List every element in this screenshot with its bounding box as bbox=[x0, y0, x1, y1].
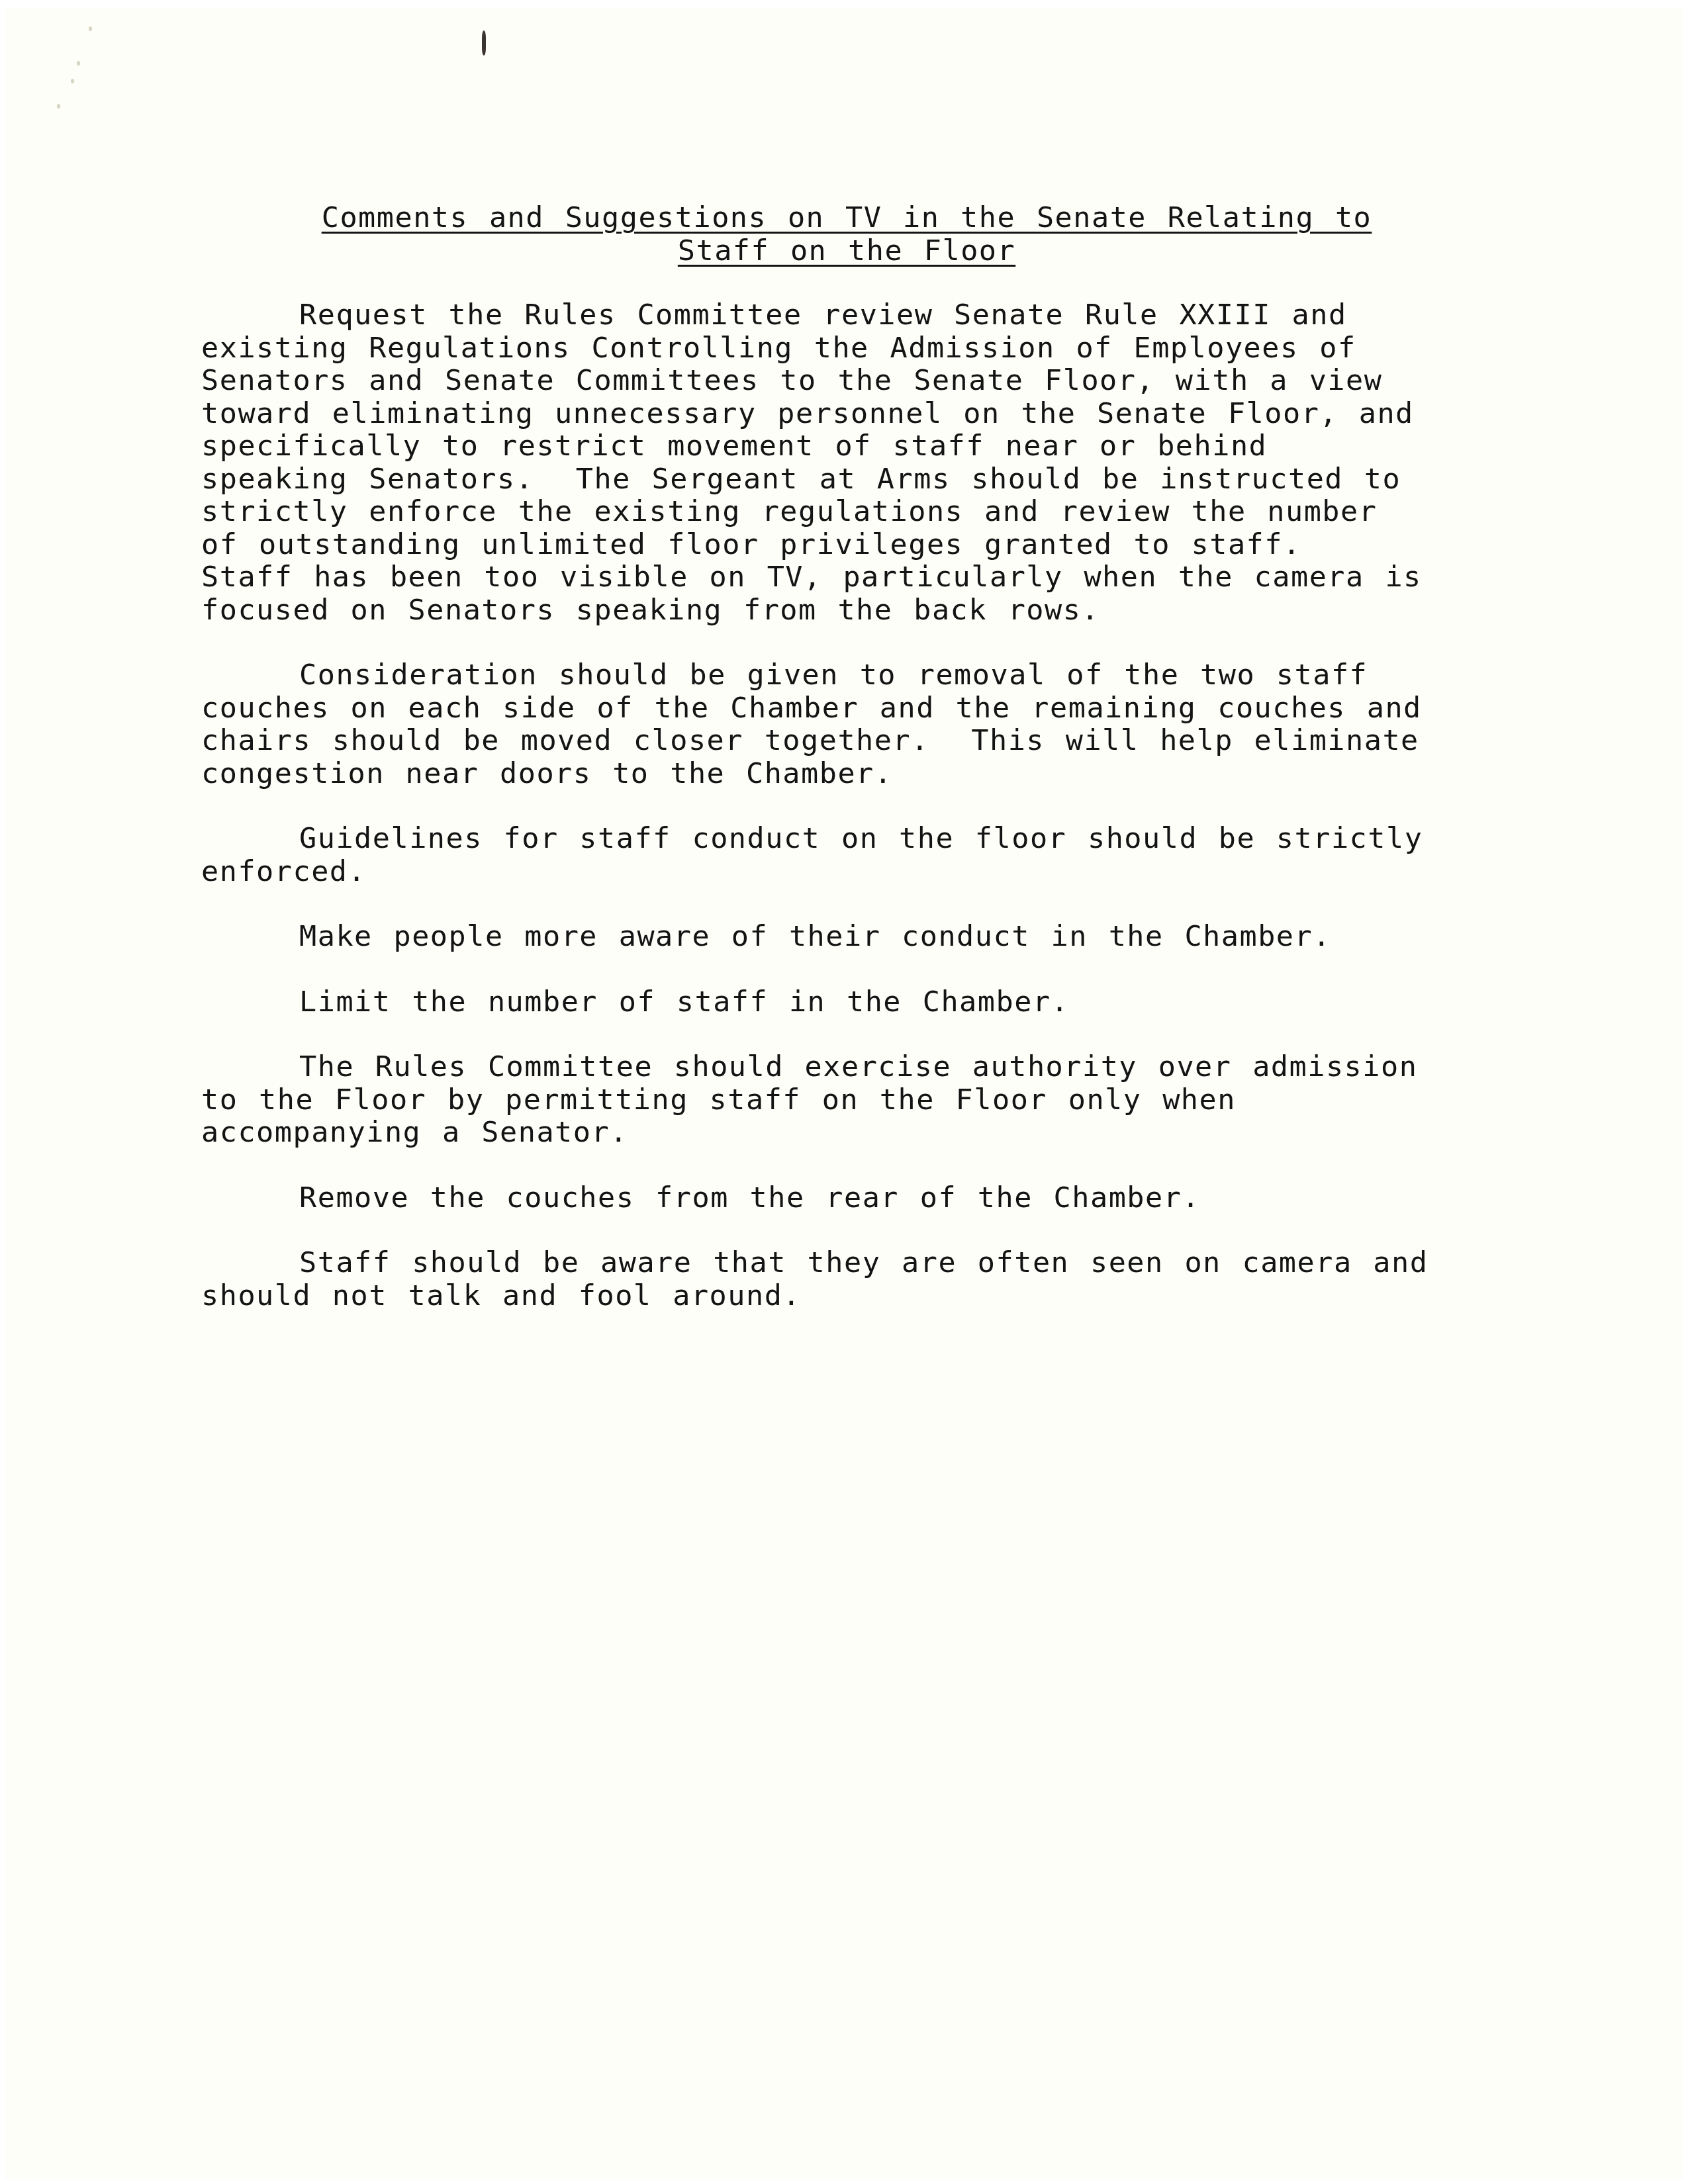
text-line: Senators and Senate Committees to the Se… bbox=[201, 365, 1492, 398]
text-line: Limit the number of staff in the Chamber… bbox=[201, 986, 1492, 1019]
speck bbox=[89, 26, 92, 31]
memo-title-line-1: Comments and Suggestions on TV in the Se… bbox=[322, 201, 1372, 234]
text-line: Remove the couches from the rear of the … bbox=[201, 1182, 1492, 1215]
text-line: congestion near doors to the Chamber. bbox=[201, 758, 1492, 791]
paragraph-limit-staff: Limit the number of staff in the Chamber… bbox=[201, 986, 1492, 1019]
text-line: couches on each side of the Chamber and … bbox=[201, 692, 1492, 725]
text-line: toward eliminating unnecessary personnel… bbox=[201, 398, 1492, 431]
paragraph-guidelines: Guidelines for staff conduct on the floo… bbox=[201, 823, 1492, 888]
text-line: Consideration should be given to removal… bbox=[201, 659, 1492, 692]
text-line: Guidelines for staff conduct on the floo… bbox=[201, 823, 1492, 856]
text-line: Staff should be aware that they are ofte… bbox=[201, 1247, 1492, 1280]
memo-title-line-2: Staff on the Floor bbox=[678, 234, 1015, 267]
memo-title: Comments and Suggestions on TV in the Se… bbox=[201, 201, 1492, 267]
text-line: strictly enforce the existing regulation… bbox=[201, 496, 1492, 529]
paragraph-rear-couches: Remove the couches from the rear of the … bbox=[201, 1182, 1492, 1215]
scanned-page: Comments and Suggestions on TV in the Se… bbox=[5, 8, 1683, 2179]
text-line: enforced. bbox=[201, 856, 1492, 889]
paragraph-admission-authority: The Rules Committee should exercise auth… bbox=[201, 1051, 1492, 1150]
ink-mark bbox=[482, 30, 486, 56]
text-line: accompanying a Senator. bbox=[201, 1116, 1492, 1150]
text-line: chairs should be moved closer together. … bbox=[201, 725, 1492, 758]
text-line: of outstanding unlimited floor privilege… bbox=[201, 529, 1492, 562]
text-line: Request the Rules Committee review Senat… bbox=[201, 299, 1492, 332]
text-line: to the Floor by permitting staff on the … bbox=[201, 1084, 1492, 1117]
text-line: Staff has been too visible on TV, partic… bbox=[201, 561, 1492, 594]
paragraph-awareness: Make people more aware of their conduct … bbox=[201, 921, 1492, 954]
text-line: Make people more aware of their conduct … bbox=[201, 921, 1492, 954]
paragraph-rules-review: Request the Rules Committee review Senat… bbox=[201, 299, 1492, 627]
speck bbox=[71, 79, 74, 83]
memo-document: Comments and Suggestions on TV in the Se… bbox=[201, 201, 1492, 1345]
text-line: existing Regulations Controlling the Adm… bbox=[201, 332, 1492, 365]
text-line: focused on Senators speaking from the ba… bbox=[201, 594, 1492, 627]
text-line: should not talk and fool around. bbox=[201, 1280, 1492, 1313]
paragraph-camera-conduct: Staff should be aware that they are ofte… bbox=[201, 1247, 1492, 1312]
text-line: The Rules Committee should exercise auth… bbox=[201, 1051, 1492, 1084]
text-line: speaking Senators. The Sergeant at Arms … bbox=[201, 463, 1492, 496]
paragraph-couches-removal: Consideration should be given to removal… bbox=[201, 659, 1492, 790]
speck bbox=[77, 61, 80, 66]
speck bbox=[57, 104, 60, 109]
text-line: specifically to restrict movement of sta… bbox=[201, 430, 1492, 463]
